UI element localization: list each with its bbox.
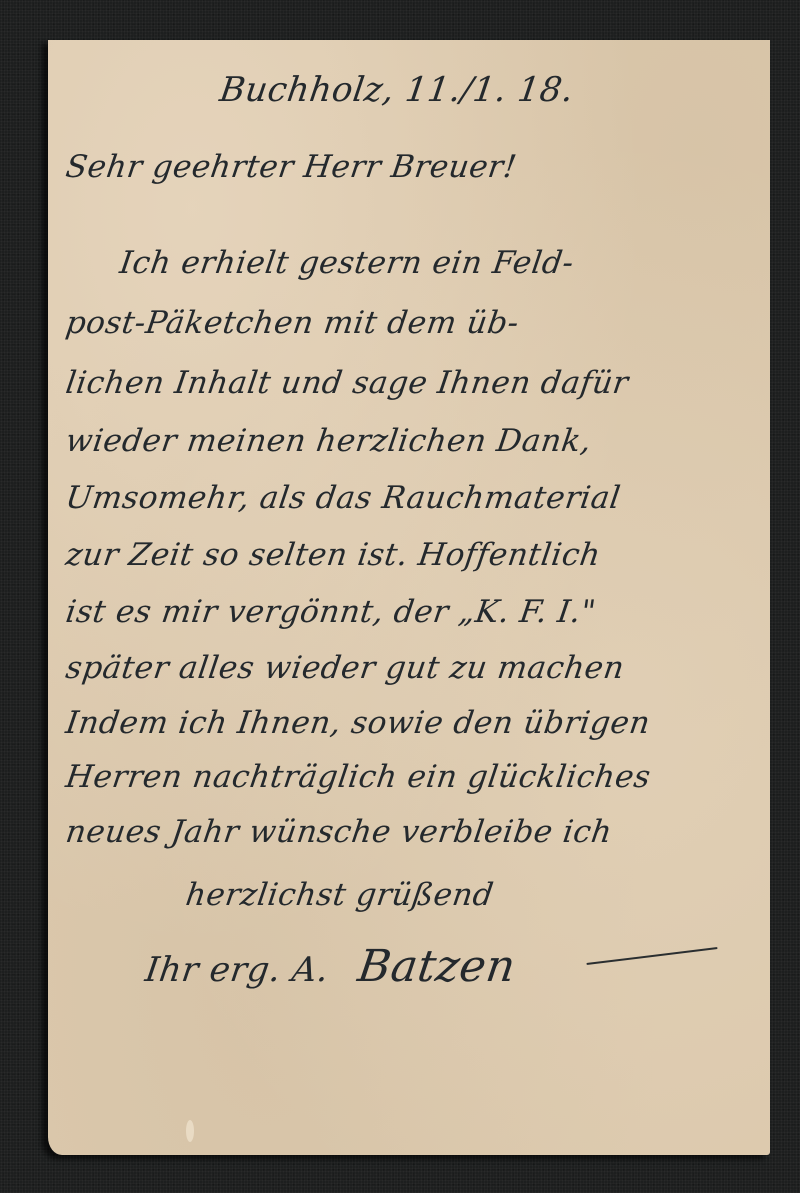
body-line-11: neues Jahr wünsche verbleibe ich xyxy=(64,817,614,848)
body-line-8: später alles wieder gut zu machen xyxy=(64,653,626,684)
signature-prefix: Ihr erg. xyxy=(143,950,284,990)
body-line-1: Ich erhielt gestern ein Feld- xyxy=(118,248,576,279)
body-line-6: zur Zeit so selten ist. Hoffentlich xyxy=(64,540,603,571)
signature-name: Batzen xyxy=(355,941,519,992)
signature-initial: A. xyxy=(289,950,331,990)
signature-underline xyxy=(586,947,717,965)
body-line-4: wieder meinen herzlichen Dank, xyxy=(64,426,594,457)
closing: herzlichst grüßend xyxy=(184,880,496,911)
body-line-9: Indem ich Ihnen, sowie den übrigen xyxy=(64,708,652,739)
body-line-10: Herren nachträglich ein glückliches xyxy=(64,762,653,793)
salutation: Sehr geehrter Herr Breuer! xyxy=(64,152,519,183)
dateline: Buchholz, 11./1. 18. xyxy=(218,73,576,107)
body-line-7: ist es mir vergönnt, der „K. F. I." xyxy=(64,597,598,628)
paper-tear xyxy=(186,1120,194,1142)
signature: Ihr erg. A. Batzen xyxy=(143,945,518,989)
postcard: Buchholz, 11./1. 18. Sehr geehrter Herr … xyxy=(48,40,770,1155)
body-line-5: Umsomehr, als das Rauchmaterial xyxy=(64,483,623,514)
body-line-2: post-Päketchen mit dem üb- xyxy=(64,308,521,339)
body-line-3: lichen Inhalt und sage Ihnen dafür xyxy=(64,368,631,399)
